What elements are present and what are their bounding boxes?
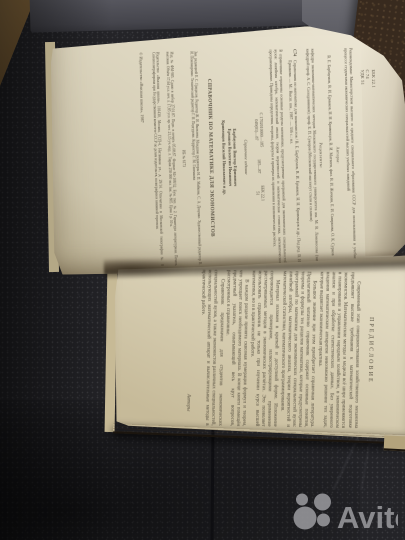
- bbk-small: ББК 22.1 51: [254, 185, 265, 201]
- annotation-text: В справочнике отражены основные разделы …: [267, 49, 286, 263]
- catalog-number-block: С 1702010000—185 049(01)—87 185—87 ББК 2…: [251, 49, 266, 263]
- book-title: СПРАВОЧНИК ПО МАТЕМАТИКЕ ДЛЯ ЭКОНОМИСТОВ: [204, 50, 215, 264]
- catalog-number: С 1702010000—185 049(01)—87: [253, 112, 264, 147]
- preface-paragraph: Большое значение при этом приобретает сп…: [277, 270, 317, 427]
- catalog-entry-text: Справочник по математике для экономистов…: [287, 60, 302, 263]
- ib-number: ИБ № 6173: [178, 51, 187, 265]
- catalog-suffix: 185—87: [256, 159, 262, 173]
- preface-heading: ПРЕДИСЛОВИЕ: [364, 272, 374, 428]
- preface-paragraph: В каждом разделе принята сквозная нумера…: [221, 269, 248, 425]
- preface-paragraph: Справочник предназначен для студентов эк…: [196, 269, 223, 425]
- edition-type: Справочное издание: [240, 50, 250, 264]
- recommendation-note: Рекомендовано Министерством высшего и ср…: [343, 47, 358, 261]
- imprint-page-content: ББК 22.1 С 74 УДК 51 Рекомендовано Минис…: [47, 20, 405, 277]
- photo-scene: ББК 22.1 С 74 УДК 51 Рекомендовано Минис…: [0, 0, 405, 540]
- book-gutter-shadow: [104, 258, 194, 278]
- colophon: Зав. редакцией Е. С. Гридасов. Редактор …: [188, 51, 202, 265]
- preface-paragraph: Материал изложен в краткой и доступной ф…: [246, 270, 280, 427]
- catalog-entry: С74 Справочник по математике для экономи…: [287, 49, 302, 263]
- publisher-address: Издательство «Высшая школа», 101430, Мос…: [150, 51, 164, 265]
- author-full-names: Барбаумов Виктор Ефимович Ермаков Валент…: [218, 50, 240, 264]
- avito-circles-icon: [294, 494, 332, 530]
- avito-watermark: Avito: [292, 490, 398, 532]
- cover-corner-tab: [384, 435, 405, 451]
- open-book: ББК 22.1 С 74 УДК 51 Рекомендовано Минис…: [0, 0, 405, 540]
- copyright-line: © Издательство «Высшая школа», 1987: [138, 52, 148, 266]
- page-stack-edge-bottom: [105, 266, 118, 432]
- imprint-page: ББК 22.1 С 74 УДК 51 Рекомендовано Минис…: [47, 20, 405, 277]
- print-details: Изд. № ФМ-905. Сдано в набор 27.01.87. П…: [164, 51, 178, 265]
- catalog-code: С74: [287, 49, 298, 56]
- preface-paragraph: Современный этап совершенствования хозяй…: [314, 271, 360, 428]
- authors-signature: Авторы: [183, 269, 192, 425]
- avito-wordmark: Avito: [337, 500, 398, 532]
- page-curl-shading: [361, 40, 405, 256]
